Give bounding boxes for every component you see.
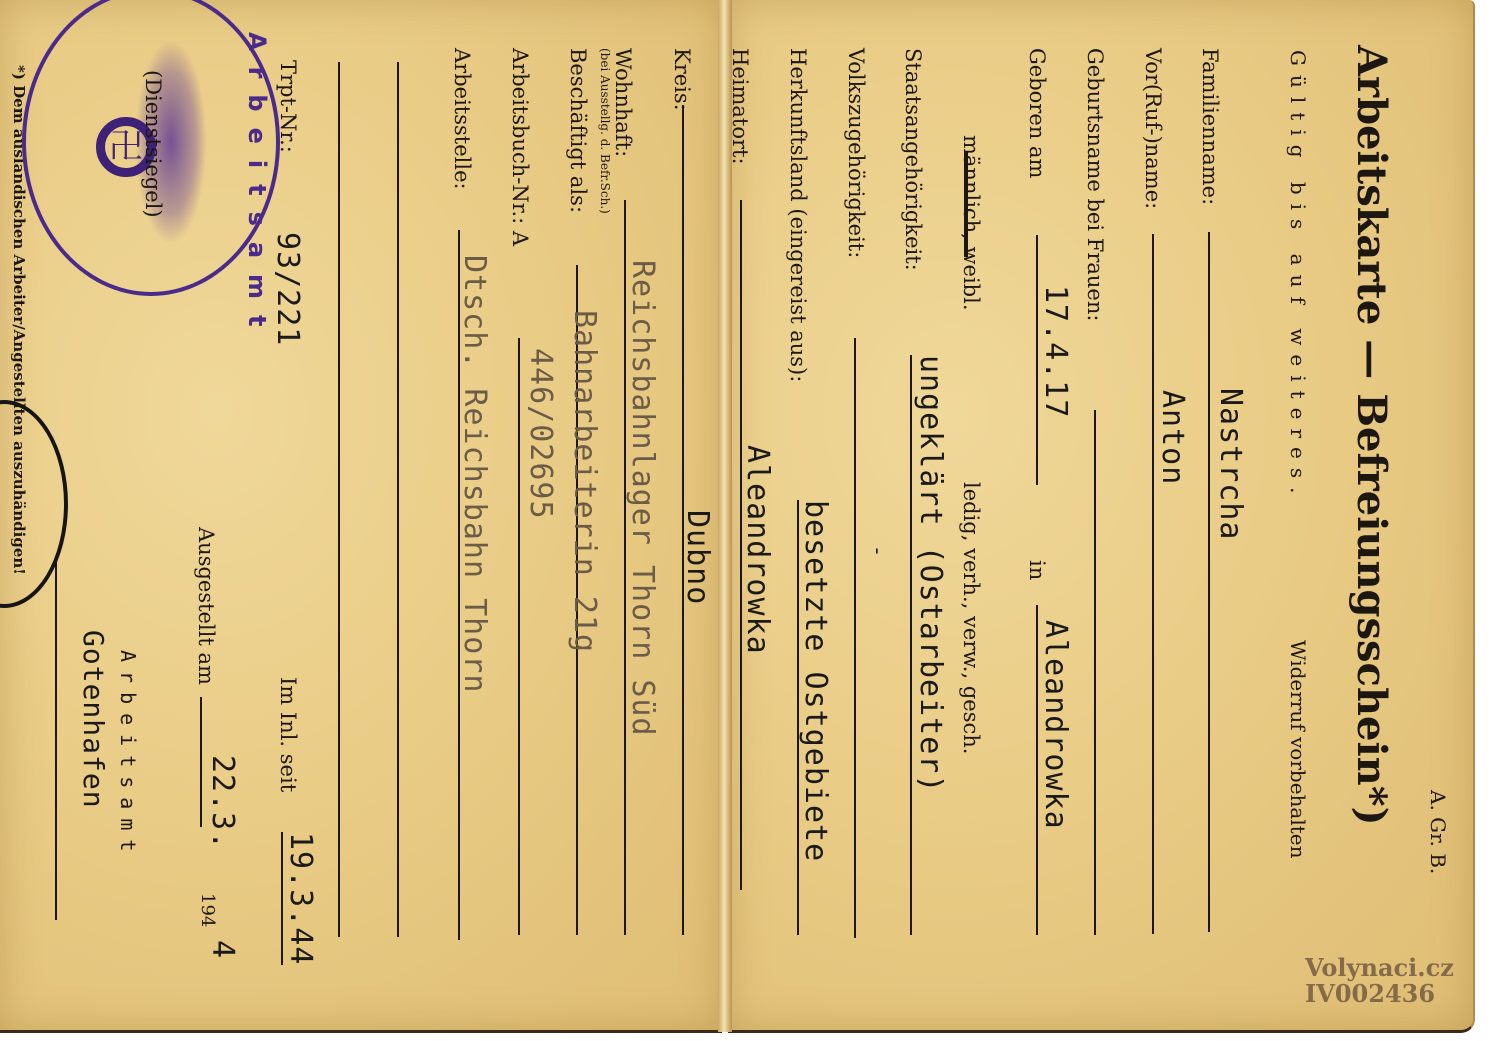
geboren-value: 17.4.17 [1038, 285, 1073, 418]
im-inland-value: 19.3.44 [281, 832, 318, 965]
wohnhaft-label: Wohnhaft: [611, 48, 635, 157]
kreis-label: Kreis: [670, 48, 694, 111]
volkszugehoerigkeit-value: - [866, 545, 890, 558]
ausgestellt-year-suffix: 4 [205, 940, 240, 959]
issuer-line1: Arbeitsamt [116, 650, 140, 860]
signature-line [55, 560, 57, 920]
form-code: A. Gr. B. [1426, 790, 1450, 874]
validity-text: Gültig bis auf weiteres. [1286, 50, 1310, 502]
wohnhaft-value: Reichsbahnlager Thorn Süd [625, 260, 660, 737]
blank-line-1 [397, 62, 399, 937]
seal-label: (Dienstsiegel) [141, 70, 165, 218]
beschaeftigt-value: Bahnarbeiterin 21g [567, 310, 602, 653]
kreis-value: Dubno [680, 510, 715, 605]
stamp-ring-text: Arbeitsamt [243, 32, 271, 343]
staatsangehoerigkeit-line [910, 355, 912, 935]
geboren-in-label: in [1025, 560, 1049, 580]
arbeitsbuch-line [518, 338, 520, 935]
geburtsname-line [1094, 410, 1096, 935]
ausgestellt-value: 22.3. [205, 755, 240, 850]
staatsangehoerigkeit-value: ungeklärt (Ostarbeiter) [913, 355, 948, 793]
arbeitsbuch-label: Arbeitsbuch-Nr.: A [508, 48, 532, 246]
geschlecht-label: männlich, weibl. [959, 135, 983, 311]
document-title: Arbeitskarte — Befreiungsschein*) [1348, 45, 1395, 826]
geboren-place-value: Aleandrowka [1038, 620, 1073, 830]
volkszugehoerigkeit-label: Volkszugehörigkeit: [844, 48, 868, 258]
familienname-label: Familienname: [1198, 48, 1222, 205]
herkunftsland-value: besetzte Ostgebiete [798, 500, 833, 862]
ausgestellt-label: Ausgestellt am [194, 527, 218, 685]
ausgestellt-year-prefix: 194 [197, 893, 218, 927]
herkunftsland-label: Herkunftsland (eingereist aus): [786, 48, 810, 382]
familienname-line [1208, 232, 1210, 932]
arbeitsbuch-value: 446/02695 [523, 348, 558, 520]
im-inland-label: Im Inl. seit [276, 677, 300, 792]
geschlecht-strike [964, 152, 968, 257]
arbeitsstelle-value: Dtsch. Reichsbahn Thorn [457, 255, 492, 693]
blank-line-2 [338, 62, 340, 937]
watermark: Volynaci.cz IV002436 [1305, 955, 1454, 1007]
watermark-line2: IV002436 [1305, 981, 1454, 1007]
watermark-line1: Volynaci.cz [1305, 955, 1454, 981]
ausgestellt-line [200, 697, 202, 827]
familienname-value: Nastrcha [1213, 388, 1248, 541]
familienstand-label: ledig, verh., verw., gesch. [959, 482, 983, 754]
vorname-label: Vor(Ruf-)name: [1141, 48, 1165, 209]
geburtsname-label: Geburtsname bei Frauen: [1083, 48, 1107, 321]
vorname-line [1152, 234, 1154, 934]
vorname-value: Anton [1155, 390, 1190, 485]
staatsangehoerigkeit-label: Staatsangehörigkeit: [901, 48, 925, 271]
issuer-line2: Gotenhafen [77, 630, 110, 809]
beschaeftigt-label: Beschäftigt als: [566, 48, 590, 213]
heimatort-value: Aleandrowka [740, 445, 775, 655]
trpt-value: 93/221 [270, 232, 305, 346]
arbeitsstelle-label: Arbeitsstelle: [450, 48, 474, 190]
revocation-text: Widerruf vorbehalten [1286, 640, 1310, 859]
wohnhaft-note: (bei Ausstellg. d. Befr.Sch.) [598, 48, 612, 214]
volkszugehoerigkeit-line [854, 338, 856, 938]
heimatort-label: Heimatort: [728, 48, 752, 165]
geboren-label: Geboren am [1025, 48, 1049, 178]
